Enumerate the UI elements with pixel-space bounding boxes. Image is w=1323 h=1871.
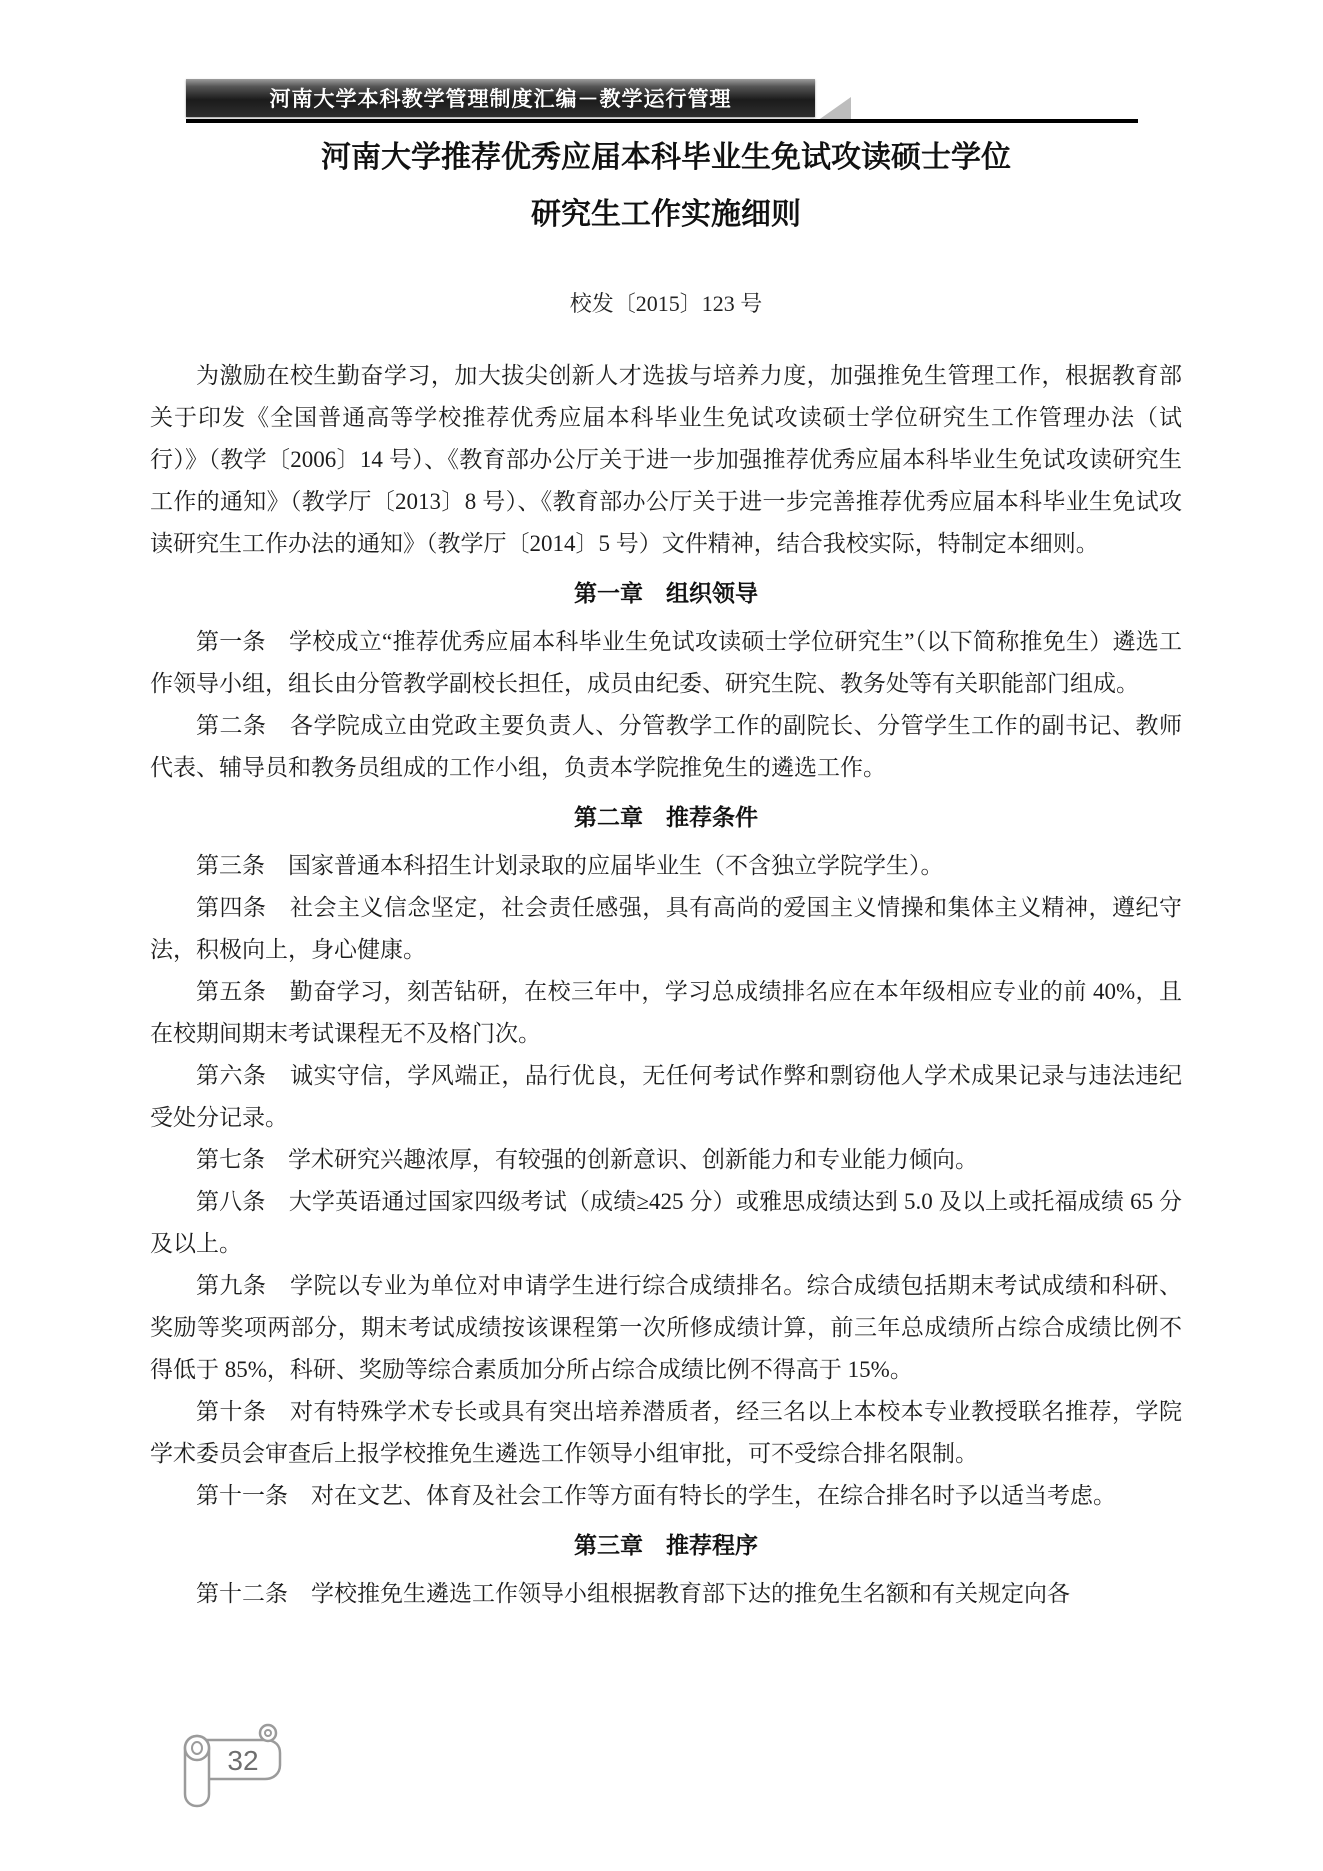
article-1: 第一条 学校成立“推荐优秀应届本科毕业生免试攻读硕士学位研究生”（以下简称推免生… [150, 621, 1182, 705]
article-6: 第六条 诚实守信，学风端正，品行优良，无任何考试作弊和剽窃他人学术成果记录与违法… [150, 1055, 1182, 1139]
header-rule-line [186, 119, 1138, 123]
chapter-3-title: 第三章 推荐程序 [150, 1524, 1182, 1566]
article-7: 第七条 学术研究兴趣浓厚，有较强的创新意识、创新能力和专业能力倾向。 [150, 1139, 1182, 1181]
chapter-2-title: 第二章 推荐条件 [150, 796, 1182, 838]
page-number: 32 [227, 1745, 258, 1776]
article-5: 第五条 勤奋学习，刻苦钻研，在校三年中，学习总成绩排名应在本年级相应专业的前 4… [150, 971, 1182, 1055]
page-number-scroll: 32 [165, 1722, 305, 1812]
intro-paragraph: 为激励在校生勤奋学习，加大拔尖创新人才选拔与培养力度，加强推免生管理工作，根据教… [150, 355, 1182, 565]
article-10: 第十条 对有特殊学术专长或具有突出培养潜质者，经三名以上本校本专业教授联名推荐，… [150, 1391, 1182, 1475]
document-title-line1: 河南大学推荐优秀应届本科毕业生免试攻读硕士学位 [150, 138, 1182, 178]
article-3: 第三条 国家普通本科招生计划录取的应届毕业生（不含独立学院学生）。 [150, 845, 1182, 887]
scroll-icon: 32 [165, 1722, 305, 1812]
document-page: 河南大学本科教学管理制度汇编－教学运行管理 河南大学推荐优秀应届本科毕业生免试攻… [0, 0, 1323, 1871]
article-11: 第十一条 对在文艺、体育及社会工作等方面有特长的学生，在综合排名时予以适当考虑。 [150, 1475, 1182, 1517]
header-banner: 河南大学本科教学管理制度汇编－教学运行管理 [186, 79, 815, 117]
header-banner-text: 河南大学本科教学管理制度汇编－教学运行管理 [270, 83, 732, 113]
chapter-1-title: 第一章 组织领导 [150, 572, 1182, 614]
header-wedge-decoration [817, 97, 851, 121]
article-4: 第四条 社会主义信念坚定，社会责任感强，具有高尚的爱国主义情操和集体主义精神，遵… [150, 887, 1182, 971]
article-9: 第九条 学院以专业为单位对申请学生进行综合成绩排名。综合成绩包括期末考试成绩和科… [150, 1265, 1182, 1391]
article-8: 第八条 大学英语通过国家四级考试（成绩≥425 分）或雅思成绩达到 5.0 及以… [150, 1181, 1182, 1265]
article-12: 第十二条 学校推免生遴选工作领导小组根据教育部下达的推免生名额和有关规定向各 [150, 1573, 1182, 1615]
article-2: 第二条 各学院成立由党政主要负责人、分管教学工作的副院长、分管学生工作的副书记、… [150, 705, 1182, 789]
document-title-line2: 研究生工作实施细则 [150, 195, 1182, 235]
document-body: 为激励在校生勤奋学习，加大拔尖创新人才选拔与培养力度，加强推免生管理工作，根据教… [150, 355, 1182, 1615]
document-number: 校发〔2015〕123 号 [150, 289, 1182, 319]
document-content: 河南大学推荐优秀应届本科毕业生免试攻读硕士学位 研究生工作实施细则 校发〔201… [150, 138, 1182, 1615]
